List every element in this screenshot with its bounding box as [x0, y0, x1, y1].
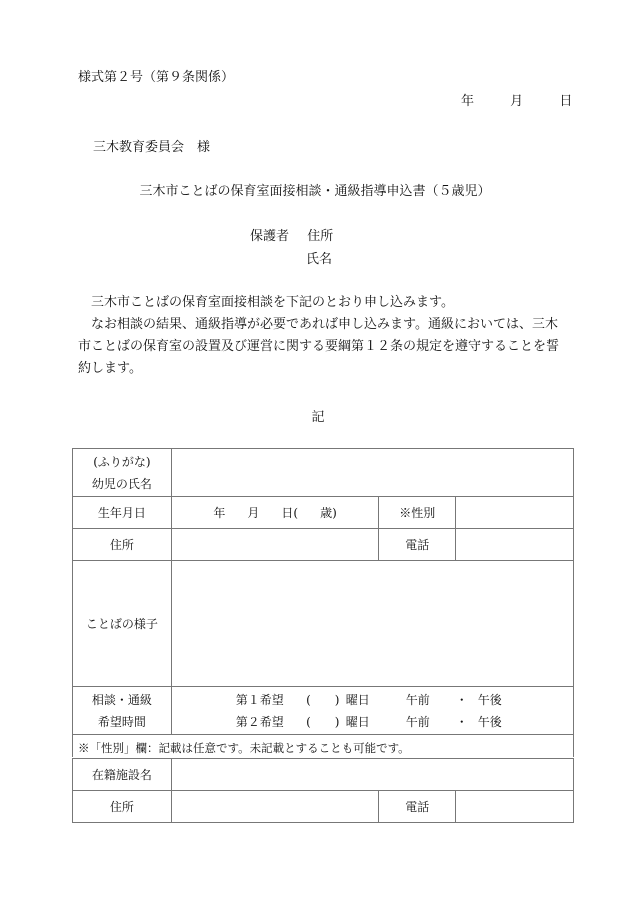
phone-label: 電話 [379, 529, 456, 561]
gender-note: ※「性別」欄：記載は任意です。未記載とすることも可能です。 [78, 740, 410, 756]
application-table: (ふりがな) 幼児の氏名 生年月日 年月日(歳) ※性別 住所 電話 ことばの様… [72, 448, 574, 735]
phone-field[interactable] [456, 529, 574, 561]
facility-phone-label: 電話 [379, 791, 456, 823]
speech-label: ことばの様子 [73, 561, 172, 687]
facility-name-field[interactable] [171, 759, 573, 791]
child-name-field[interactable] [171, 449, 573, 497]
guardian-name-label: 氏名 [306, 248, 332, 267]
date-month: 月 [510, 90, 523, 109]
facility-table: 在籍施設名 住所 電話 [72, 758, 574, 823]
paragraph-1: 三木市ことばの保育室面接相談を下記のとおり申し込みます。 [78, 292, 563, 314]
date-line: 年 月 日 [461, 90, 572, 109]
facility-address-label: 住所 [73, 791, 172, 823]
date-day: 日 [559, 90, 572, 109]
hope-row-1: 第１希望( )曜日午前・午後 [236, 689, 573, 711]
hope-time-field[interactable]: 第１希望( )曜日午前・午後 第２希望( )曜日午前・午後 [171, 687, 573, 735]
address-label: 住所 [73, 529, 172, 561]
facility-address-field[interactable] [171, 791, 379, 823]
child-name-label-cell: (ふりがな) 幼児の氏名 [73, 449, 172, 497]
form-number: 様式第２号（第９条関係） [78, 66, 234, 85]
document-title: 三木市ことばの保育室面接相談・通級指導申込書（５歳児） [0, 180, 630, 199]
hope-time-label-cell: 相談・通級 希望時間 [73, 687, 172, 735]
ki-heading: 記 [0, 406, 630, 425]
child-name-label: 幼児の氏名 [73, 473, 171, 495]
facility-phone-field[interactable] [456, 791, 574, 823]
birthdate-label: 生年月日 [73, 497, 172, 529]
speech-field[interactable] [171, 561, 573, 687]
guardian-label: 保護者 [250, 229, 289, 244]
paragraph-2: なお相談の結果、通級指導が必要であれば申し込みます。通級においては、三木市ことば… [78, 314, 563, 380]
gender-field[interactable] [456, 497, 574, 529]
furigana-label: (ふりがな) [73, 451, 171, 473]
date-year: 年 [461, 90, 474, 109]
guardian-address-label: 住所 [307, 229, 333, 244]
guardian-address-line: 保護者 住所 [250, 225, 333, 244]
birthdate-field[interactable]: 年月日(歳) [171, 497, 379, 529]
hope-row-2: 第２希望( )曜日午前・午後 [236, 711, 573, 733]
addressee: 三木教育委員会 様 [93, 136, 210, 155]
body-text: 三木市ことばの保育室面接相談を下記のとおり申し込みます。 なお相談の結果、通級指… [78, 292, 563, 380]
address-field[interactable] [171, 529, 379, 561]
facility-name-label: 在籍施設名 [73, 759, 172, 791]
gender-label: ※性別 [379, 497, 456, 529]
